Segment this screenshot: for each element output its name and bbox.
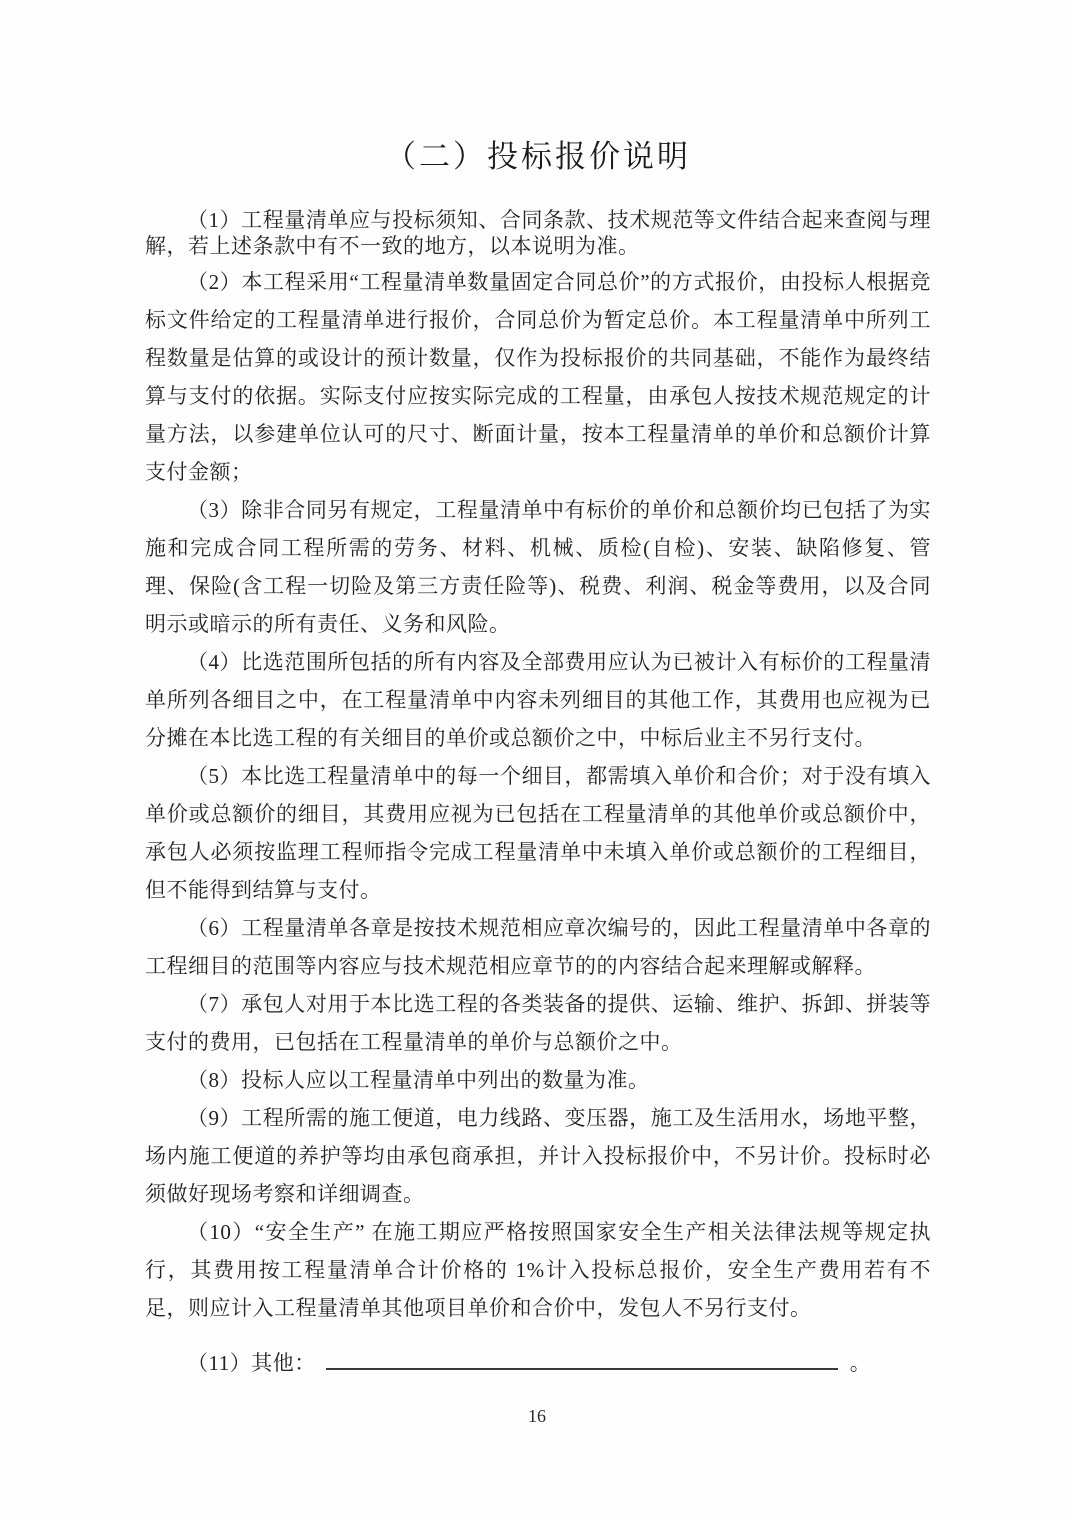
other-clause-label: （11）其他： — [187, 1351, 316, 1375]
paragraph-11-other: （11）其他：。 — [145, 1344, 931, 1382]
paragraph-10: （10）“安全生产” 在施工期应严格按照国家安全生产相关法律法规等规定执行，其费… — [145, 1213, 931, 1327]
page-title: （二）投标报价说明 — [145, 131, 931, 176]
content-area: （二）投标报价说明 （1）工程量清单应与投标须知、合同条款、技术规范等文件结合起… — [145, 131, 931, 1382]
paragraph-1: （1）工程量清单应与投标须知、合同条款、技术规范等文件结合起来查阅与理解，若上述… — [145, 207, 931, 259]
paragraph-5: （5）本比选工程量清单中的每一个细目，都需填入单价和合价；对于没有填入单价或总额… — [145, 757, 931, 909]
document-page: （二）投标报价说明 （1）工程量清单应与投标须知、合同条款、技术规范等文件结合起… — [0, 0, 1074, 1520]
other-clause-period: 。 — [850, 1351, 872, 1375]
paragraph-2: （2）本工程采用“工程量清单数量固定合同总价”的方式报价，由投标人根据竞标文件给… — [145, 263, 931, 491]
paragraph-7: （7）承包人对用于本比选工程的各类装备的提供、运输、维护、拆卸、拼装等支付的费用… — [145, 985, 931, 1061]
paragraph-9: （9）工程所需的施工便道，电力线路、变压器，施工及生活用水，场地平整，场内施工便… — [145, 1099, 931, 1213]
page-number: 16 — [0, 1406, 1074, 1427]
paragraph-6: （6）工程量清单各章是按技术规范相应章次编号的，因此工程量清单中各章的工程细目的… — [145, 909, 931, 985]
paragraph-4: （4）比选范围所包括的所有内容及全部费用应认为已被计入有标价的工程量清单所列各细… — [145, 643, 931, 757]
other-clause-blank-field — [326, 1349, 838, 1370]
paragraph-8: （8）投标人应以工程量清单中列出的数量为准。 — [145, 1061, 931, 1099]
paragraph-3: （3）除非合同另有规定，工程量清单中有标价的单价和总额价均已包括了为实施和完成合… — [145, 491, 931, 643]
